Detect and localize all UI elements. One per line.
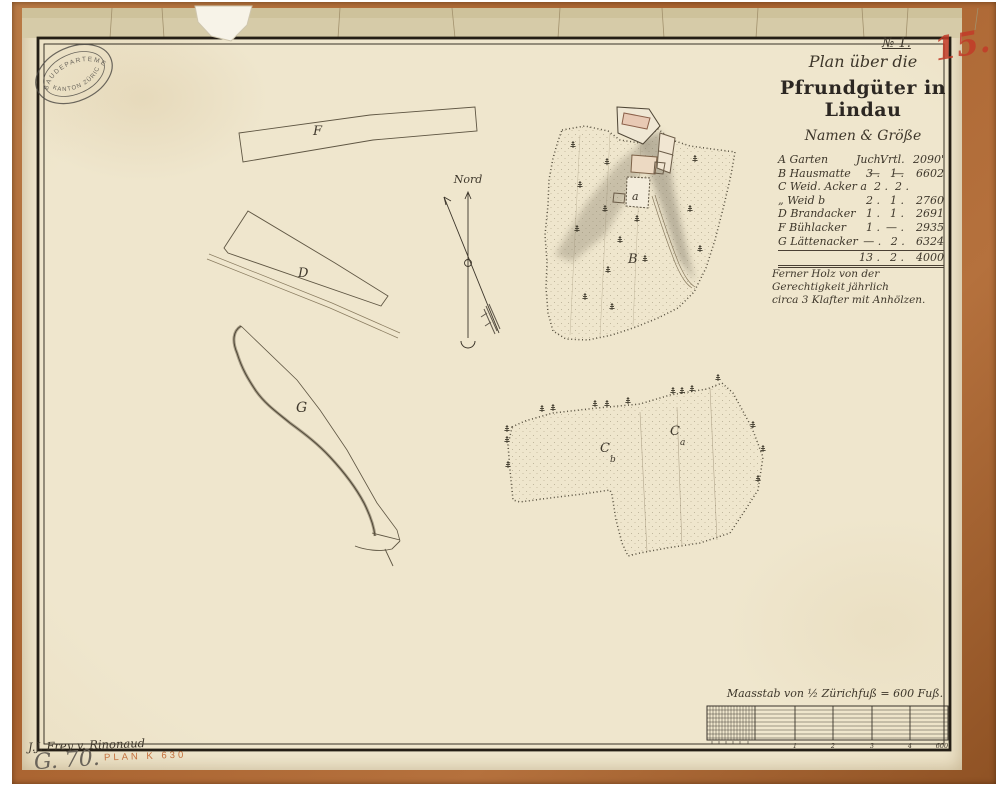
parcel-c-left-sub: b [610,455,616,465]
scale-tick-3: 3 [870,742,874,750]
parcel-g-west-edge [234,326,375,536]
row-feet: 2691 [904,207,944,221]
row-viertel: 2 . [888,180,909,194]
table-row: D Brandacker 1 . 1 . 2691 [778,207,944,221]
table-row: C Weid. Acker a 2 . 2 . [778,180,944,194]
note-line-2: circa 3 Klafter mit Anhölzen. [772,294,950,307]
parcel-d: D [207,211,400,338]
scale-bar-title: Maasstab von ½ Zürichfuß = 600 Fuß. [726,687,943,700]
north-arrow: Nord [444,173,500,348]
row-juchart: Juch. — [856,153,880,167]
parcel-f-boundary [239,107,477,162]
row-feet: 6324 [905,235,944,249]
parcel-f-label: F [312,124,323,139]
parcel-g-east-edge [241,326,400,541]
row-juchart: 1 . [856,221,880,235]
row-name: C Weid. Acker a [778,180,867,194]
row-juchart: 2 . [856,194,880,208]
parcel-c-right-sub: a [680,438,685,448]
archive-number: G. 70. [33,746,100,776]
parcel-c-left-label: C [600,441,610,456]
scanned-plan-page: BAUDEPARTEMENT KANTON ZÜRICH Nord F D [0,0,1000,786]
oval-archive-stamp: BAUDEPARTEMENT KANTON ZÜRICH [26,33,121,115]
parcel-g: G [234,326,400,566]
row-feet: 2935 [904,221,944,235]
title-line-3: Namen & Größe [768,128,958,144]
scale-tick-4: 4 [907,742,912,750]
row-juchart: — . [858,235,882,249]
building-middle [631,155,657,174]
parcel-b-label: B [627,252,638,267]
row-viertel: 1 . [880,207,904,221]
table-row: G Lättenacker — . 2 . 6324 [778,235,944,249]
parcel-c-boundary [508,383,763,556]
sheet-number: № 1. [882,36,911,51]
title-line-2: Pfrundgüter in Lindau [768,77,958,121]
parcel-table: A Garten Juch. — Vrtl. — 2090' B Hausmat… [778,153,944,268]
total-feet: 4000 [904,251,944,265]
table-total-row: 13 . 2 . 4000 [778,250,944,268]
row-viertel: 2 . [881,235,905,249]
row-viertel: 1 . [880,194,904,208]
parcel-g-west-hatch [234,326,375,536]
row-name: A Garten [778,153,856,167]
parcel-d-boundary [224,211,388,306]
title-block: Plan über die Pfrundgüter in Lindau Name… [768,52,958,144]
table-row: B Hausmatte 3 . 1 . 6602 [778,167,944,181]
north-label: Nord [453,173,483,186]
table-row: A Garten Juch. — Vrtl. — 2090' [778,153,944,167]
row-feet [909,180,944,194]
parcel-d-label: D [297,266,309,281]
row-name: D Brandacker [778,207,856,221]
parcel-g-label: G [296,400,307,416]
parcel-f: F [239,107,477,162]
table-row: F Bühlacker 1 . — . 2935 [778,221,944,235]
row-name: B Hausmatte [778,167,856,181]
aged-top-band [22,8,978,38]
parcel-g-tail [355,533,400,566]
row-viertel: Vrtl. — [880,153,904,167]
note-line-1: Ferner Holz von der Gerechtigkeit jährli… [772,268,950,294]
row-feet: 6602 [904,167,944,181]
scale-bar: Maasstab von ½ Zürichfuß = 600 Fuß. 1 2 … [707,687,948,750]
row-juchart: 3 . [856,167,880,181]
table-row: „ Weid b 2 . 1 . 2760 [778,194,944,208]
frame-border [38,38,950,750]
scale-tick-600: 600 [936,742,948,750]
total-juchart: 13 . [856,251,880,265]
total-viertel: 2 . [880,251,904,265]
row-name: F Bühlacker [778,221,856,235]
row-name: G Lättenacker [778,235,858,249]
scale-tick-2: 2 [830,742,835,750]
scale-tick-1: 1 [793,742,797,750]
row-juchart: 2 . [867,180,888,194]
row-viertel: 1 . [880,167,904,181]
row-juchart: 1 . [856,207,880,221]
parcel-c-right-label: C [670,424,680,439]
wood-rights-note: Ferner Holz von der Gerechtigkeit jährli… [772,268,950,307]
row-feet: 2090' [904,153,944,167]
garden-a-label: a [632,190,639,203]
parcel-b-homestead: a B [545,107,735,340]
parcel-c: C b C a [508,383,763,556]
row-feet: 2760 [904,194,944,208]
row-name: „ Weid b [778,194,856,208]
title-line-1: Plan über die [768,52,958,71]
row-viertel: — . [880,221,904,235]
